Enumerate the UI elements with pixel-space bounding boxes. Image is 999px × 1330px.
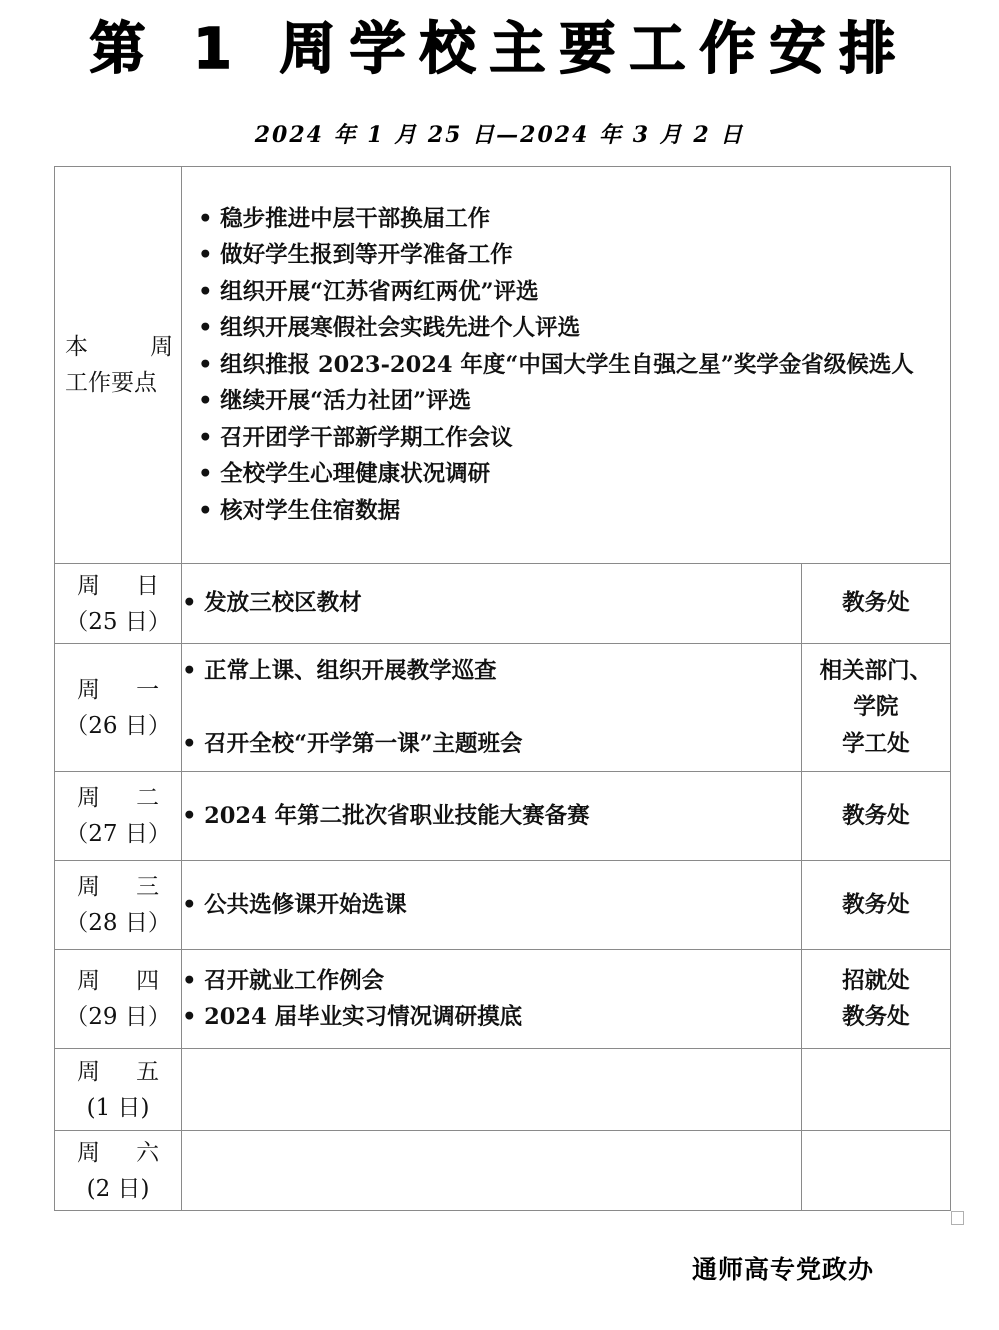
dept-label: 教务处: [802, 585, 950, 622]
bullet-icon: •: [182, 887, 196, 924]
dept-label: 教务处: [802, 999, 950, 1036]
day-dept-cell: 相关部门、 学院 学工处: [801, 644, 950, 772]
schedule-table: 本 周 工作要点 •稳步推进中层干部换届工作 •做好学生报到等开学准备工作 •组…: [54, 166, 951, 1211]
focus-label-line-2: 工作要点: [65, 365, 173, 401]
list-item: •稳步推进中层干部换届工作: [198, 201, 946, 238]
bullet-icon: •: [198, 310, 212, 347]
signature: 通师高专党政办: [692, 1250, 874, 1286]
weekly-focus-row: 本 周 工作要点 •稳步推进中层干部换届工作 •做好学生报到等开学准备工作 •组…: [55, 167, 951, 564]
date-range: 2024 年 1 月 25 日—2024 年 3 月 2 日: [0, 118, 999, 149]
day-row-tuesday: 周二 （27 日） •2024 年第二批次省职业技能大赛备赛 教务处: [55, 772, 951, 861]
list-item: •做好学生报到等开学准备工作: [198, 237, 946, 274]
dept-label: 学院: [802, 689, 950, 726]
table-resize-handle[interactable]: [951, 1211, 964, 1225]
list-item: •召开团学干部新学期工作会议: [198, 420, 946, 457]
day-date: （26 日）: [55, 708, 181, 744]
day-label-cell: 周三 （28 日）: [55, 861, 182, 950]
day-date: (1 日): [55, 1090, 181, 1126]
bullet-icon: •: [182, 726, 196, 763]
bullet-icon: •: [198, 274, 212, 311]
day-date: （28 日）: [55, 905, 181, 941]
list-item: •2024 届毕业实习情况调研摸底: [182, 999, 801, 1036]
bullet-icon: •: [182, 653, 196, 690]
day-label-cell: 周二 （27 日）: [55, 772, 182, 861]
weekly-focus-list-cell: •稳步推进中层干部换届工作 •做好学生报到等开学准备工作 •组织开展“江苏省两红…: [182, 167, 951, 564]
day-content-cell: [182, 1131, 802, 1211]
day-row-friday: 周五 (1 日): [55, 1049, 951, 1131]
dept-label: 招就处: [802, 963, 950, 1000]
day-content-cell: •发放三校区教材: [182, 564, 802, 644]
bullet-icon: •: [198, 383, 212, 420]
dept-label: 相关部门、: [802, 653, 950, 690]
dept-label: 教务处: [802, 798, 950, 835]
day-content-cell: •公共选修课开始选课: [182, 861, 802, 950]
weekly-focus-label-cell: 本 周 工作要点: [55, 167, 182, 564]
list-item: •组织开展寒假社会实践先进个人评选: [198, 310, 946, 347]
bullet-icon: •: [198, 456, 212, 493]
bullet-icon: •: [198, 237, 212, 274]
list-item: •继续开展“活力社团”评选: [198, 383, 946, 420]
bullet-icon: •: [198, 420, 212, 457]
list-item: •组织推报 2023-2024 年度“中国大学生自强之星”奖学金省级候选人: [198, 347, 946, 384]
dept-label: 学工处: [802, 726, 950, 763]
day-label-cell: 周六 (2 日): [55, 1131, 182, 1211]
day-row-sunday: 周日 （25 日） •发放三校区教材 教务处: [55, 564, 951, 644]
list-item: •正常上课、组织开展教学巡查: [182, 653, 801, 690]
list-item: •公共选修课开始选课: [182, 887, 801, 924]
list-item: •全校学生心理健康状况调研: [198, 456, 946, 493]
list-item: •召开就业工作例会: [182, 963, 801, 1000]
day-date: （27 日）: [55, 816, 181, 852]
list-item: •组织开展“江苏省两红两优”评选: [198, 274, 946, 311]
day-date: （25 日）: [55, 604, 181, 640]
day-row-wednesday: 周三 （28 日） •公共选修课开始选课 教务处: [55, 861, 951, 950]
day-row-saturday: 周六 (2 日): [55, 1131, 951, 1211]
day-dept-cell: 招就处 教务处: [801, 950, 950, 1049]
day-dept-cell: [801, 1131, 950, 1211]
day-label-cell: 周四 （29 日）: [55, 950, 182, 1049]
day-row-thursday: 周四 （29 日） •召开就业工作例会 •2024 届毕业实习情况调研摸底 招就…: [55, 950, 951, 1049]
day-row-monday: 周一 （26 日） •正常上课、组织开展教学巡查 •召开全校“开学第一课”主题班…: [55, 644, 951, 772]
day-dept-cell: [801, 1049, 950, 1131]
day-content-cell: [182, 1049, 802, 1131]
bullet-icon: •: [198, 347, 212, 384]
bullet-icon: •: [182, 963, 196, 1000]
focus-label-char-1: 本: [65, 329, 88, 365]
day-date: (2 日): [55, 1171, 181, 1207]
list-item: •2024 年第二批次省职业技能大赛备赛: [182, 798, 801, 835]
bullet-icon: •: [182, 999, 196, 1036]
list-item: •召开全校“开学第一课”主题班会: [182, 726, 801, 763]
day-dept-cell: 教务处: [801, 861, 950, 950]
bullet-icon: •: [198, 201, 212, 238]
day-date: （29 日）: [55, 999, 181, 1035]
day-label-cell: 周五 (1 日): [55, 1049, 182, 1131]
day-label-cell: 周日 （25 日）: [55, 564, 182, 644]
list-item: •发放三校区教材: [182, 585, 801, 622]
day-dept-cell: 教务处: [801, 772, 950, 861]
day-content-cell: •正常上课、组织开展教学巡查 •召开全校“开学第一课”主题班会: [182, 644, 802, 772]
day-label-cell: 周一 （26 日）: [55, 644, 182, 772]
page-title: 第 1 周学校主要工作安排: [0, 14, 999, 86]
day-dept-cell: 教务处: [801, 564, 950, 644]
bullet-icon: •: [182, 798, 196, 835]
bullet-icon: •: [182, 585, 196, 622]
bullet-icon: •: [198, 493, 212, 530]
day-content-cell: •2024 年第二批次省职业技能大赛备赛: [182, 772, 802, 861]
focus-label-char-2: 周: [150, 329, 173, 365]
weekly-focus-list: •稳步推进中层干部换届工作 •做好学生报到等开学准备工作 •组织开展“江苏省两红…: [182, 183, 950, 548]
list-item: •核对学生住宿数据: [198, 493, 946, 530]
day-content-cell: •召开就业工作例会 •2024 届毕业实习情况调研摸底: [182, 950, 802, 1049]
dept-label: 教务处: [802, 887, 950, 924]
